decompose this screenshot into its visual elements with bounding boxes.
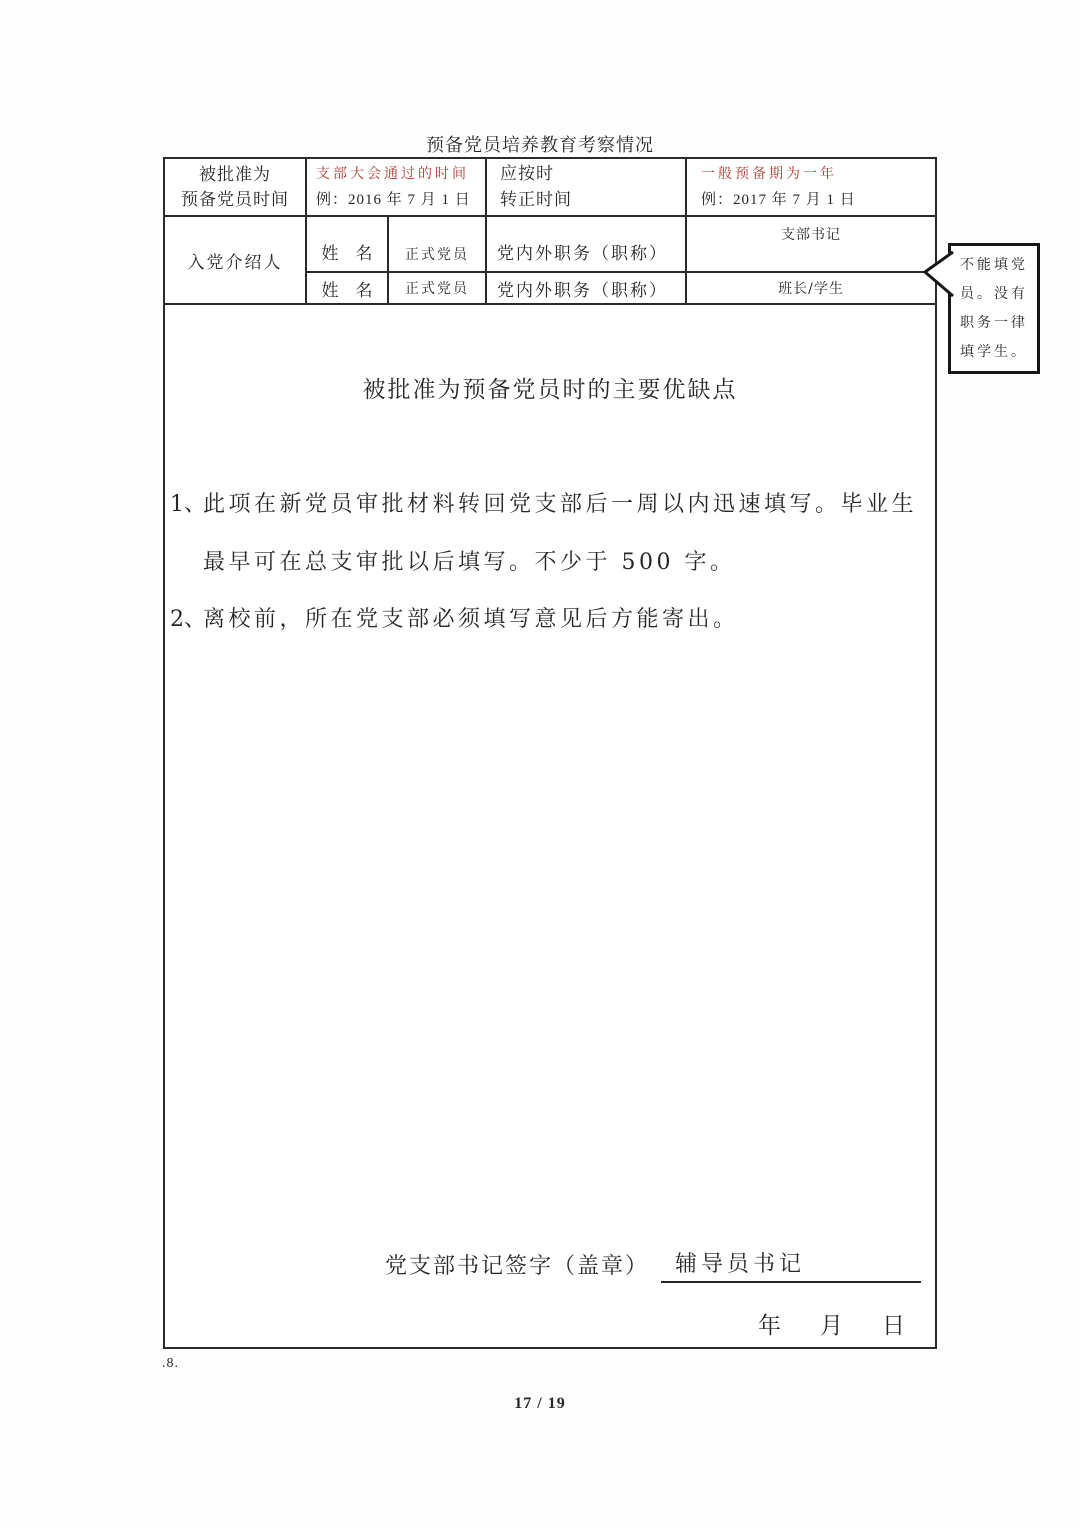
introducer-section: 入党介绍人 姓 名 正式党员 党内外职务（职称） 支部书记 姓 名 [165,217,935,305]
member-type-label: 正式党员 [405,278,469,298]
approved-time-value-cell: 支部大会通过的时间 例：2016 年 7 月 1 日 [307,159,487,215]
signature-value: 辅导员书记 [661,1247,921,1283]
date-row: 年 月 日 [758,1307,905,1340]
signature-row: 党支部书记签字（盖章） 辅导员书记 [385,1243,921,1283]
page-title: 预备党员培养教育考察情况 [0,131,1080,157]
signature-label: 党支部书记签字（盖章） [385,1249,649,1283]
approved-time-example: 例：2016 年 7 月 1 日 [316,187,485,213]
callout-line-3: 职务一律 [960,309,1028,338]
name-label: 姓 名 [322,276,373,301]
note-item-2-line-1: 2、离校前，所在党支部必须填写意见后方能寄出。 [170,602,739,633]
duty-label: 党内外职务（职称） [497,239,668,264]
name-label-cell: 姓 名 [307,273,389,303]
approved-time-label-line1: 被批准为 [199,162,271,187]
section-heading: 被批准为预备党员时的主要优缺点 [165,371,935,404]
name-label-cell: 姓 名 [307,217,389,271]
note-item-1-text-2: 最早可在总支审批以后填写。不少于 500 字。 [203,550,735,575]
date-day-label: 日 [882,1307,905,1340]
date-year-label: 年 [758,1307,781,1340]
name-label: 姓 名 [322,239,373,264]
introducer-row-1: 姓 名 正式党员 党内外职务（职称） 支部书记 [307,217,935,273]
due-time-value-cell: 一般预备期为一年 例：2017 年 7 月 1 日 [687,159,935,215]
date-month-label: 月 [820,1307,843,1340]
due-time-label-line2: 转正时间 [500,187,685,213]
main-content-area: 被批准为预备党员时的主要优缺点 1、此项在新党员审批材料转回党支部后一周以内迅速… [165,305,935,1347]
approved-time-label-cell: 被批准为 预备党员时间 [165,159,307,215]
annotation-callout: 不能填党 员。没有 职务一律 填学生。 [948,243,1040,374]
due-time-hint: 一般预备期为一年 [701,161,935,187]
member-type-cell: 正式党员 [389,273,487,303]
dates-row: 被批准为 预备党员时间 支部大会通过的时间 例：2016 年 7 月 1 日 应… [165,159,935,217]
evaluation-form-table: 被批准为 预备党员时间 支部大会通过的时间 例：2016 年 7 月 1 日 应… [163,157,937,1349]
introducer-rows: 姓 名 正式党员 党内外职务（职称） 支部书记 姓 名 正式党员 [307,217,935,303]
callout-line-2: 员。没有 [960,280,1028,309]
introducer-label: 入党介绍人 [188,248,283,273]
member-type-label: 正式党员 [405,244,469,264]
introducer-label-cell: 入党介绍人 [165,217,307,303]
duty-label-cell: 党内外职务（职称） [487,273,687,303]
due-time-label-cell: 应按时 转正时间 [487,159,687,215]
note-item-2-text-1: 离校前，所在党支部必须填写意见后方能寄出。 [203,607,739,632]
footnote-marker: .8. [162,1356,179,1372]
duty-value-cell: 班长/学生 [687,273,935,303]
duty-value-cell: 支部书记 [687,217,935,271]
callout-line-4: 填学生。 [960,338,1028,367]
note-item-1-number: 1、 [170,487,203,518]
approved-time-hint: 支部大会通过的时间 [316,161,485,187]
note-item-2-number: 2、 [170,602,203,633]
duty-label: 党内外职务（职称） [497,276,668,301]
page-number: 17 / 19 [0,1395,1080,1413]
duty-value: 班长/学生 [778,278,844,298]
introducer-row-2: 姓 名 正式党员 党内外职务（职称） 班长/学生 [307,273,935,303]
note-item-1-line-1: 1、此项在新党员审批材料转回党支部后一周以内迅速填写。毕业生 [170,487,917,518]
due-time-example: 例：2017 年 7 月 1 日 [701,187,935,213]
callout-tail-pointer [920,245,954,303]
note-item-1-line-2: 最早可在总支审批以后填写。不少于 500 字。 [203,545,735,576]
due-time-label-line1: 应按时 [500,161,685,187]
callout-line-1: 不能填党 [960,251,1028,280]
duty-value: 支部书记 [781,224,841,244]
duty-label-cell: 党内外职务（职称） [487,217,687,271]
approved-time-label-line2: 预备党员时间 [181,187,289,212]
note-item-1-text-1: 此项在新党员审批材料转回党支部后一周以内迅速填写。毕业生 [203,492,917,517]
member-type-cell: 正式党员 [389,217,487,271]
